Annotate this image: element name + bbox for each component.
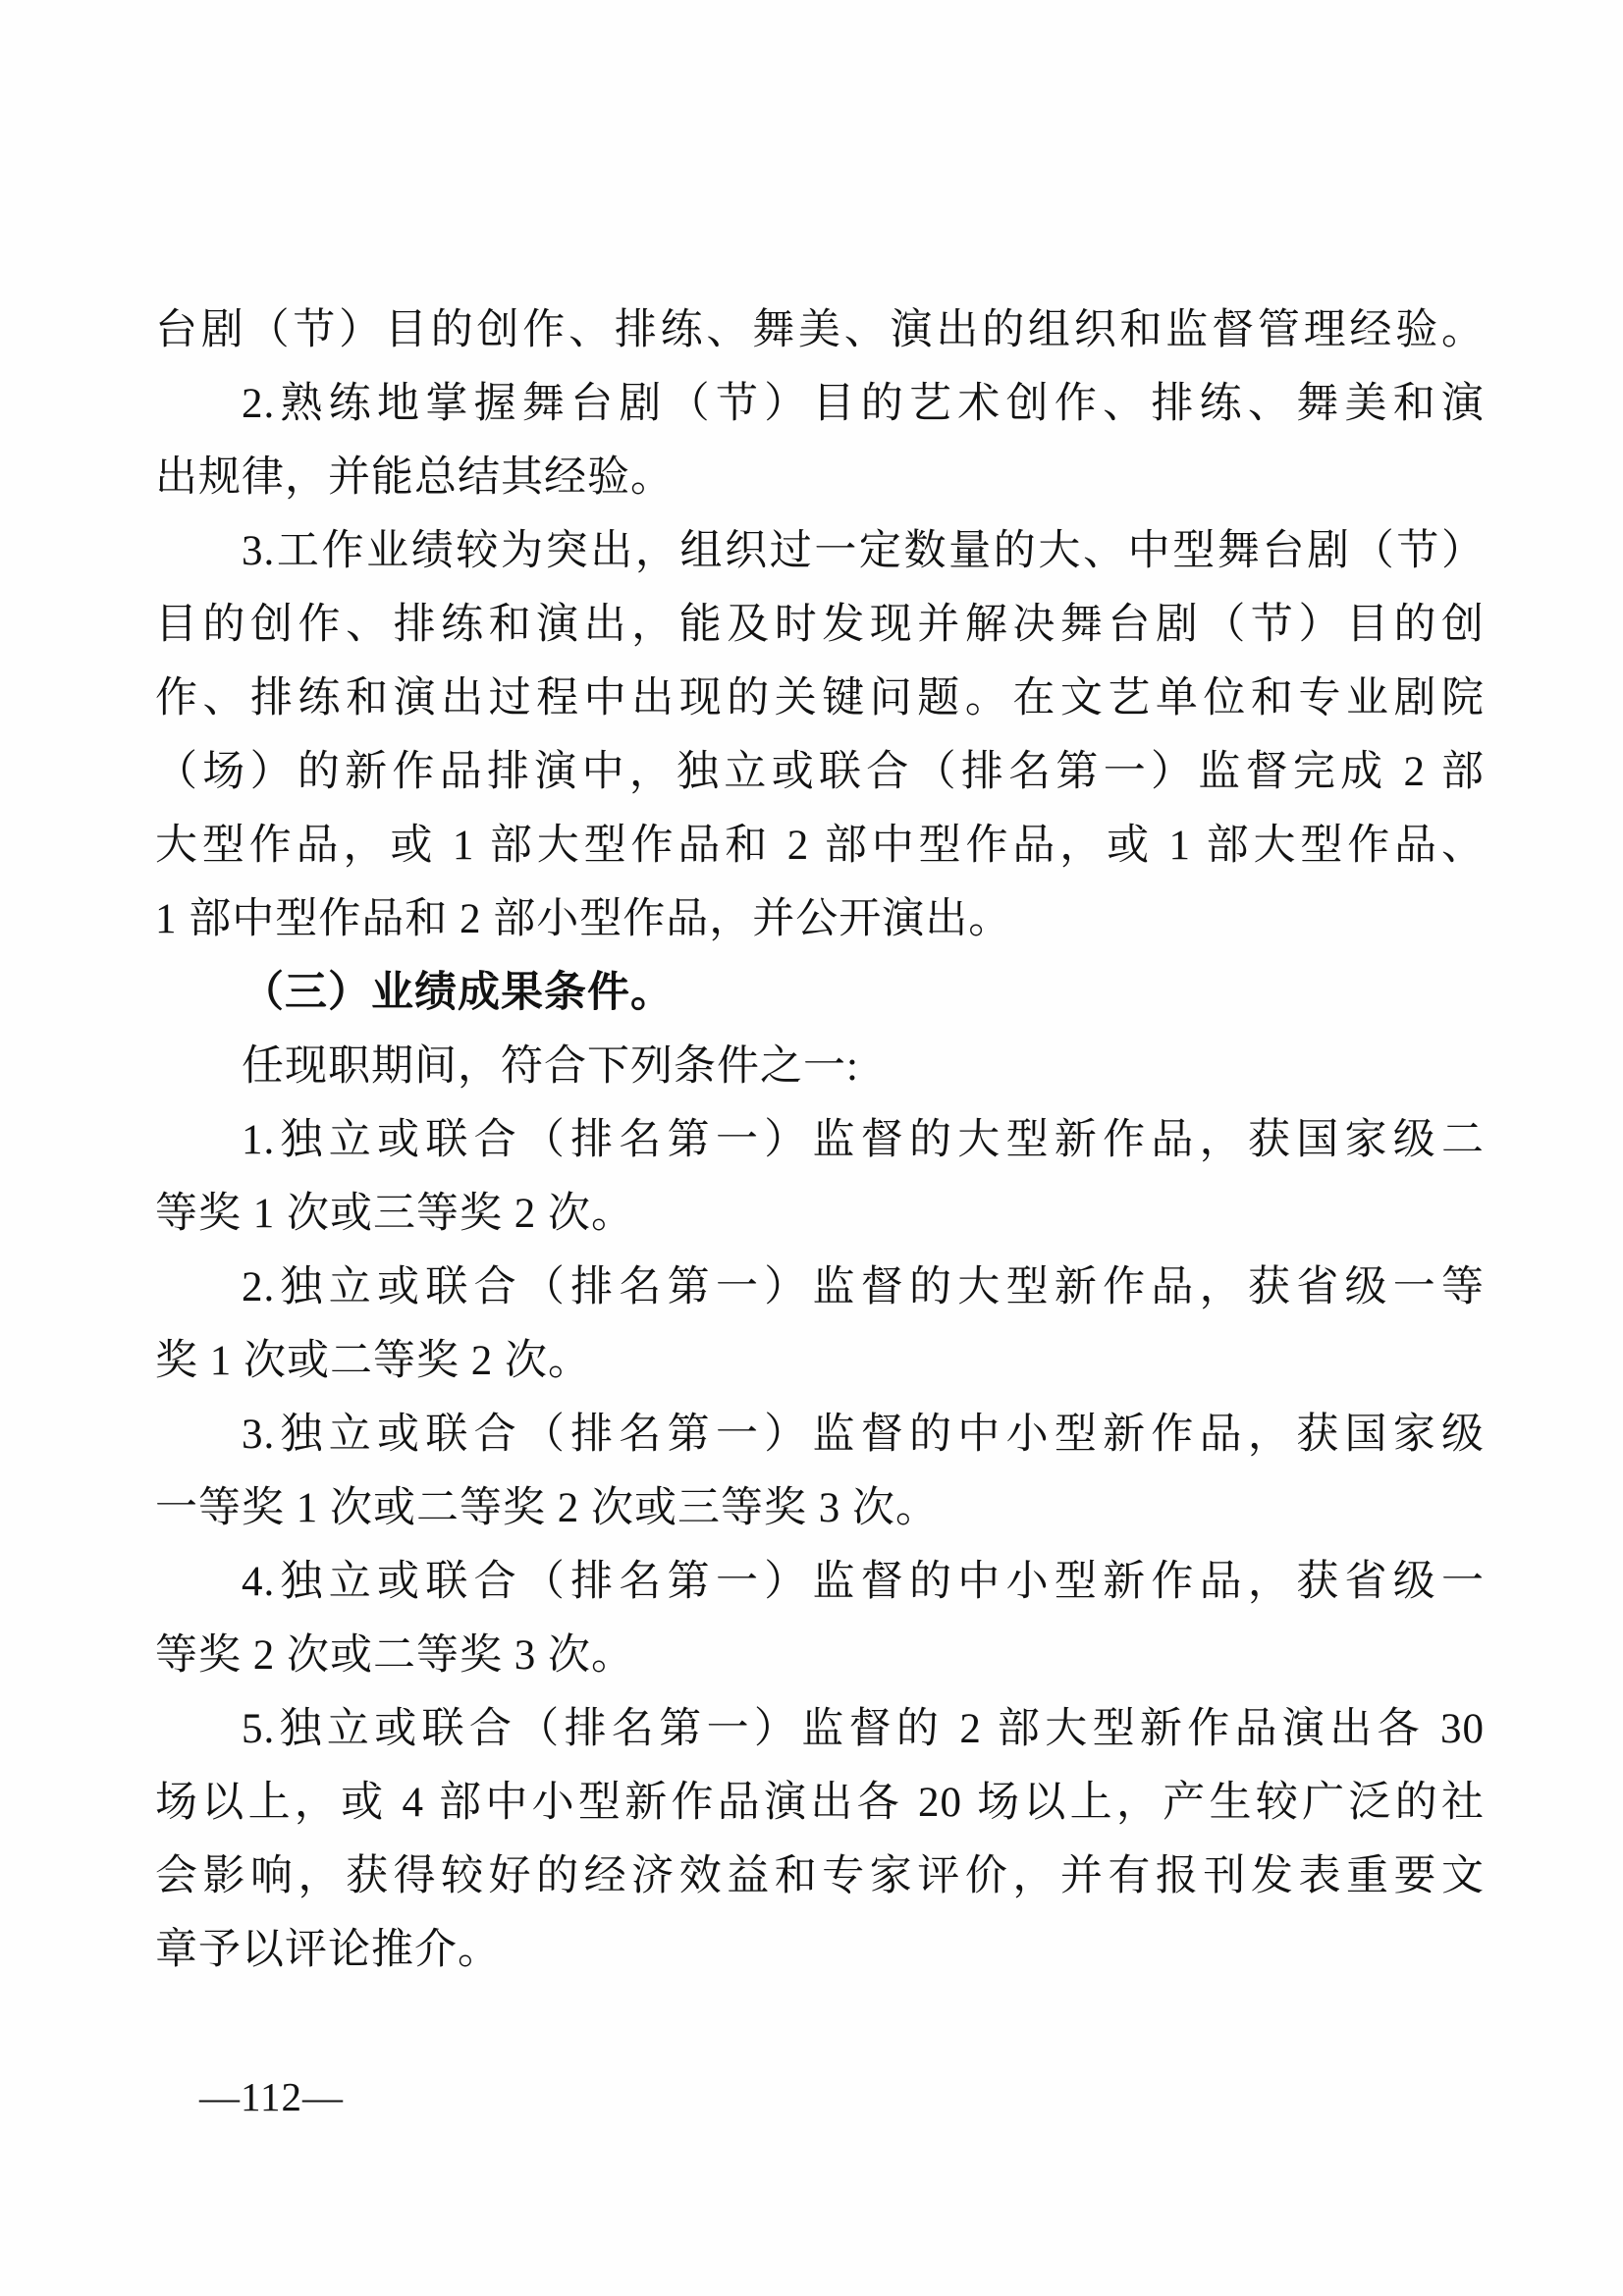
text-line: （场）的新作品排演中，独立或联合（排名第一）监督完成 2 部 — [155, 735, 1485, 809]
text-line: 2.熟练地掌握舞台剧（节）目的艺术创作、排练、舞美和演 — [155, 367, 1485, 441]
text-line: 4.独立或联合（排名第一）监督的中小型新作品，获省级一 — [155, 1545, 1485, 1619]
text-line: 等奖 2 次或二等奖 3 次。 — [155, 1619, 1485, 1692]
text-line: 3.独立或联合（排名第一）监督的中小型新作品，获国家级 — [155, 1398, 1485, 1471]
text-line: 台剧（节）目的创作、排练、舞美、演出的组织和监督管理经验。 — [155, 294, 1485, 367]
text-line: 奖 1 次或二等奖 2 次。 — [155, 1324, 1485, 1398]
text-line: 一等奖 1 次或二等奖 2 次或三等奖 3 次。 — [155, 1471, 1485, 1545]
text-line: 大型作品，或 1 部大型作品和 2 部中型作品，或 1 部大型作品、 — [155, 809, 1485, 882]
text-line: 2.独立或联合（排名第一）监督的大型新作品，获省级一等 — [155, 1251, 1485, 1324]
text-line: 1.独立或联合（排名第一）监督的大型新作品，获国家级二 — [155, 1103, 1485, 1177]
text-line: 任现职期间，符合下列条件之一: — [155, 1030, 1485, 1103]
text-line: 等奖 1 次或三等奖 2 次。 — [155, 1177, 1485, 1251]
text-line: 5.独立或联合（排名第一）监督的 2 部大型新作品演出各 30 — [155, 1692, 1485, 1766]
text-line: 目的创作、排练和演出，能及时发现并解决舞台剧（节）目的创 — [155, 588, 1485, 662]
text-line: 会影响，获得较好的经济效益和专家评价，并有报刊发表重要文 — [155, 1840, 1485, 1913]
body-text: 台剧（节）目的创作、排练、舞美、演出的组织和监督管理经验。 2.熟练地掌握舞台剧… — [155, 294, 1485, 1987]
document-page: 台剧（节）目的创作、排练、舞美、演出的组织和监督管理经验。 2.熟练地掌握舞台剧… — [0, 0, 1623, 2296]
text-line: 出规律，并能总结其经验。 — [155, 441, 1485, 514]
text-line: 场以上，或 4 部中小型新作品演出各 20 场以上，产生较广泛的社 — [155, 1766, 1485, 1840]
section-heading: （三）业绩成果条件。 — [155, 956, 1485, 1030]
text-line: 1 部中型作品和 2 部小型作品，并公开演出。 — [155, 882, 1485, 956]
text-line: 作、排练和演出过程中出现的关键问题。在文艺单位和专业剧院 — [155, 662, 1485, 735]
text-line: 3.工作业绩较为突出，组织过一定数量的大、中型舞台剧（节） — [155, 514, 1485, 588]
page-number: —112— — [199, 2073, 344, 2120]
text-line: 章予以评论推介。 — [155, 1913, 1485, 1987]
